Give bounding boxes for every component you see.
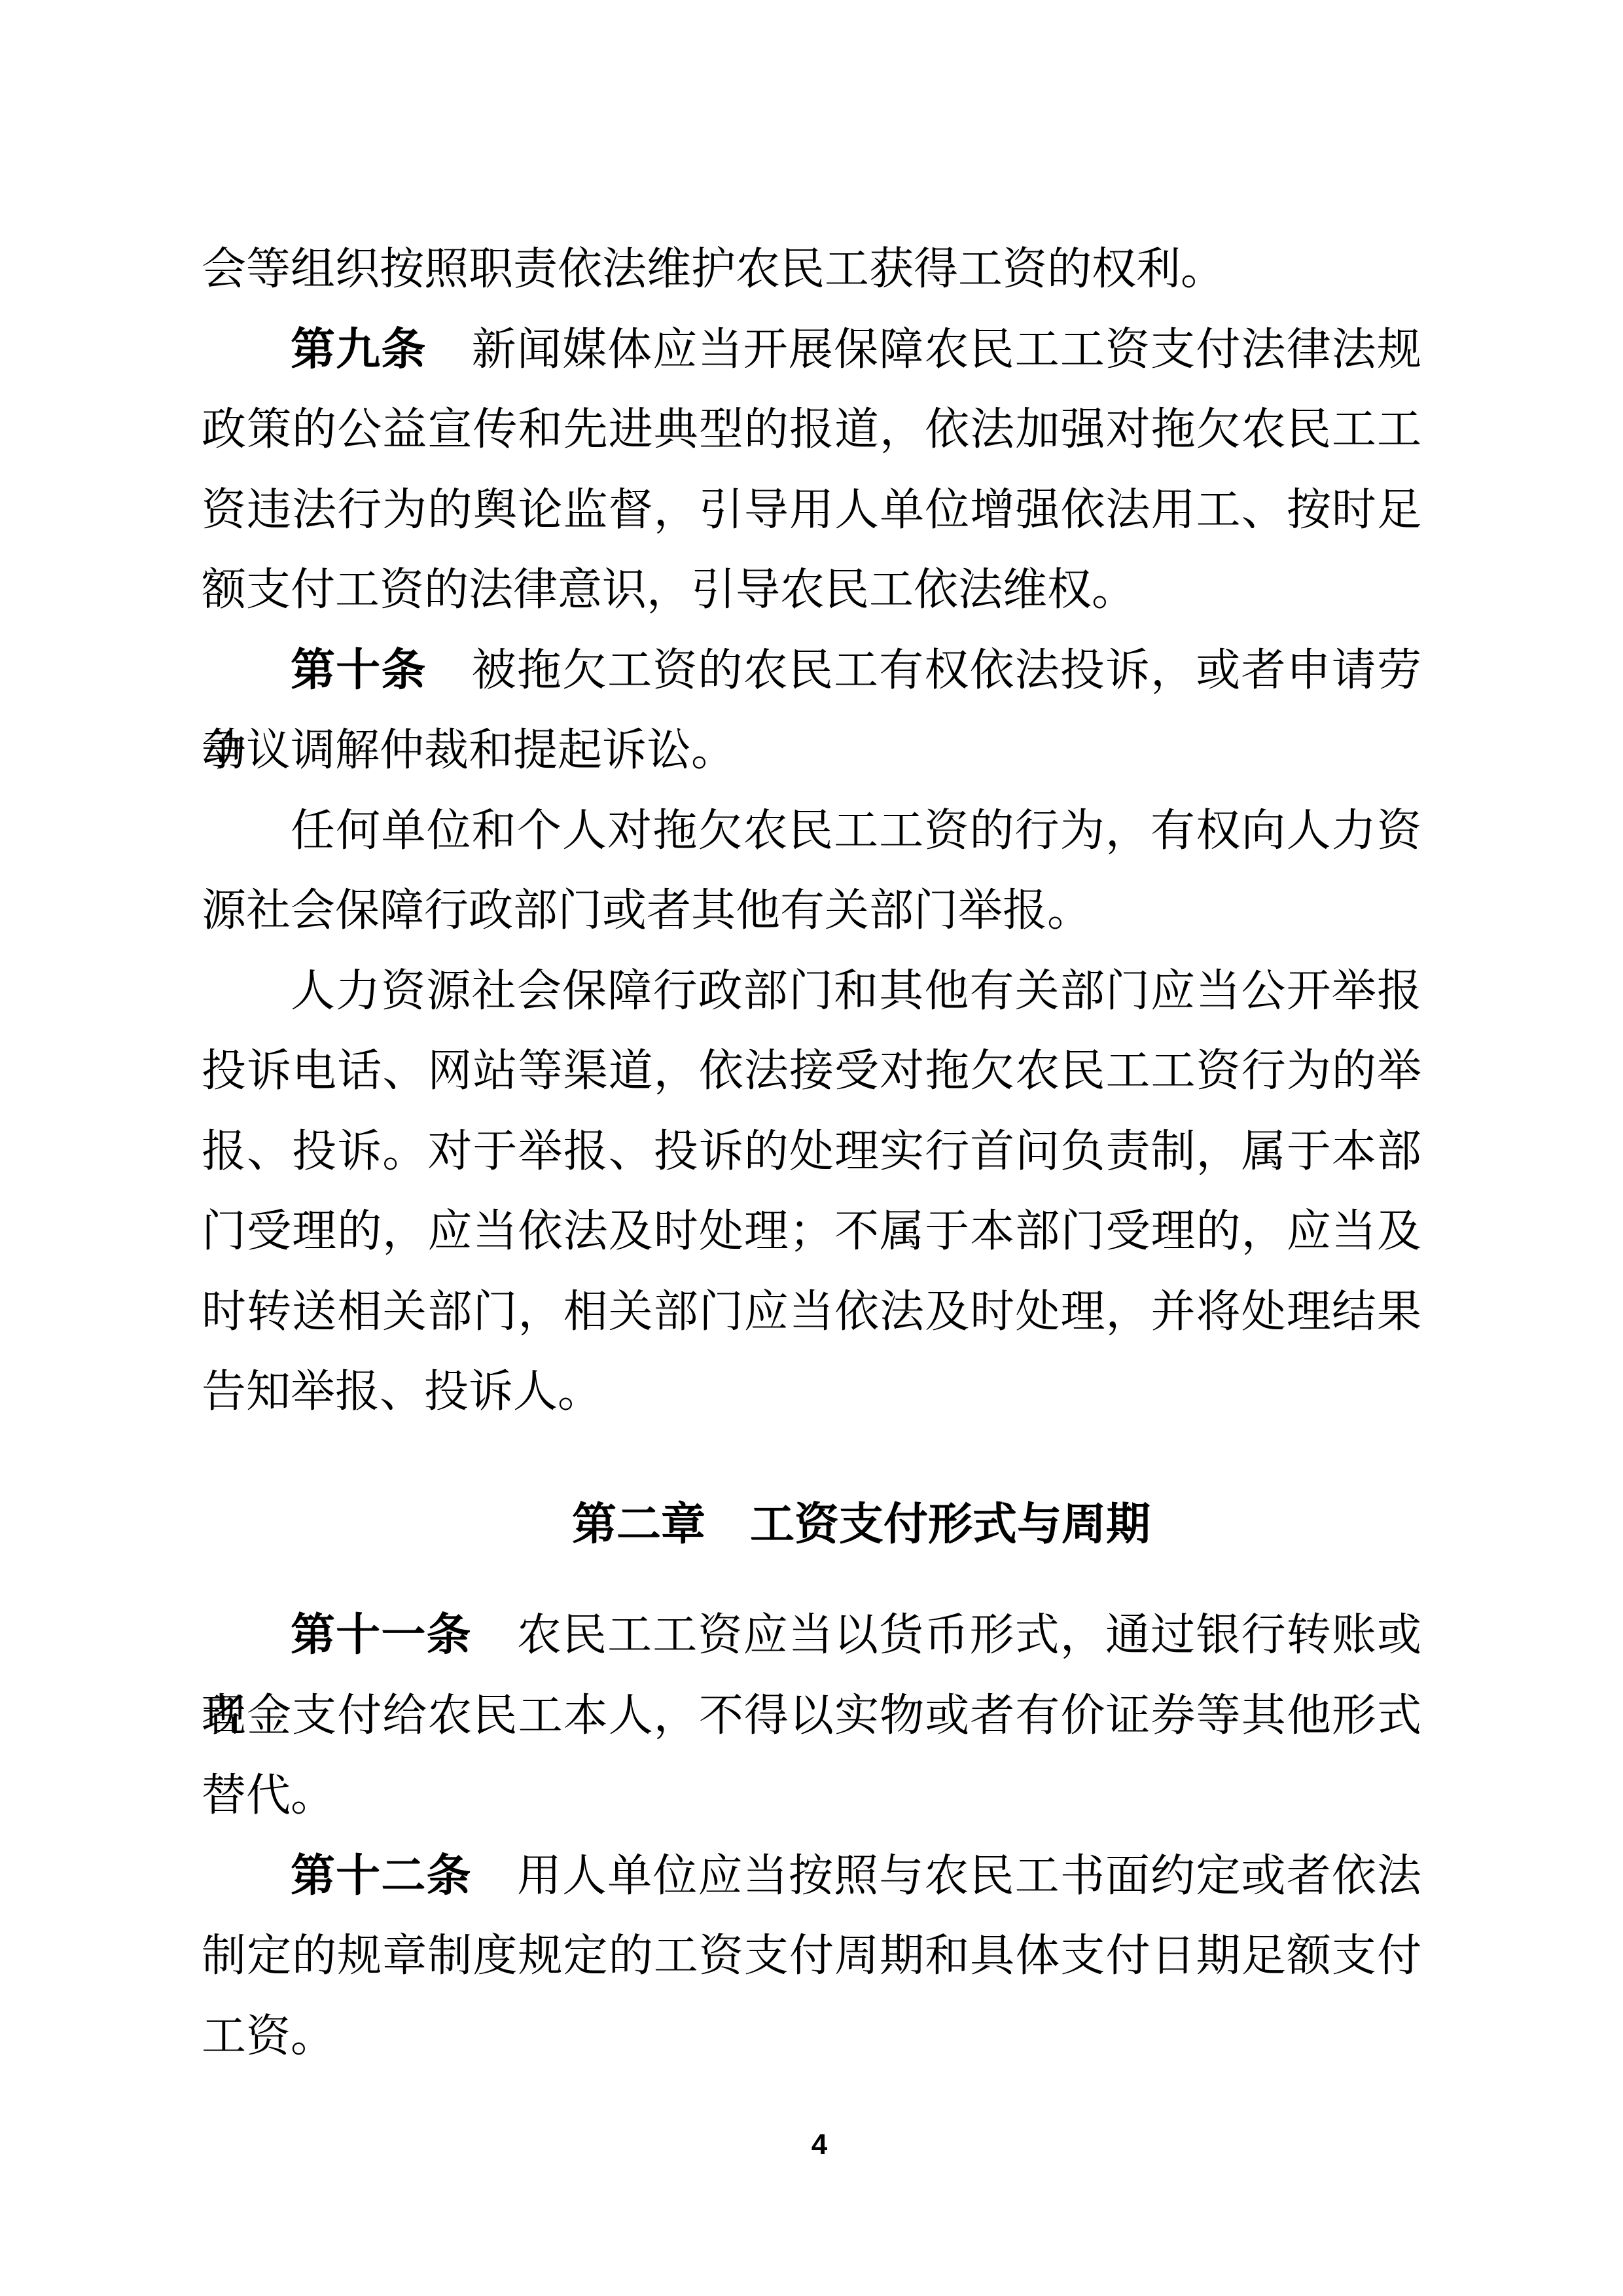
text-line: 源社会保障行政部门或者其他有关部门举报。: [202, 870, 1421, 951]
text-line: 资违法行为的舆论监督，引导用人单位增强依法用工、按时足: [202, 470, 1421, 550]
text-line: 工资。: [202, 1996, 1421, 2077]
line-text: 替代。: [202, 1770, 335, 1820]
document-page: 会等组织按照职责依法维护农民工获得工资的权利。第九条 新闻媒体应当开展保障农民工…: [0, 0, 1623, 2296]
line-text: 告知举报、投诉人。: [202, 1367, 602, 1416]
document-body: 会等组织按照职责依法维护农民工获得工资的权利。第九条 新闻媒体应当开展保障农民工…: [202, 229, 1421, 2076]
text-line: 制定的规章制度规定的工资支付周期和具体支付日期足额支付: [202, 1916, 1421, 1996]
page-number: 4: [8, 2128, 1623, 2161]
text-line: 报、投诉。对于举报、投诉的处理实行首问负责制，属于本部: [202, 1111, 1421, 1192]
text-line: 争议调解仲裁和提起诉讼。: [202, 710, 1421, 791]
line-text: 会等组织按照职责依法维护农民工获得工资的权利。: [202, 244, 1225, 294]
line-text: 时转送相关部门，相关部门应当依法及时处理，并将处理结果: [202, 1287, 1421, 1336]
text-line: 投诉电话、网站等渠道，依法接受对拖欠农民工工资行为的举: [202, 1031, 1421, 1111]
line-text: 任何单位和个人对拖欠农民工工资的行为，有权向人力资: [291, 806, 1421, 855]
line-text: 报、投诉。对于举报、投诉的处理实行首问负责制，属于本部: [202, 1126, 1421, 1176]
line-text: 额支付工资的法律意识，引导农民工依法维权。: [202, 565, 1136, 615]
section-before-chapter: 会等组织按照职责依法维护农民工获得工资的权利。第九条 新闻媒体应当开展保障农民工…: [202, 229, 1421, 1432]
line-text: 源社会保障行政部门或者其他有关部门举报。: [202, 886, 1092, 935]
text-line: 第十条 被拖欠工资的农民工有权依法投诉，或者申请劳动: [202, 630, 1421, 711]
text-line: 任何单位和个人对拖欠农民工工资的行为，有权向人力资: [202, 791, 1421, 871]
text-line: 第十一条 农民工工资应当以货币形式，通过银行转账或者: [202, 1595, 1421, 1676]
text-line: 第九条 新闻媒体应当开展保障农民工工资支付法律法规: [202, 310, 1421, 390]
line-text: 争议调解仲裁和提起诉讼。: [202, 725, 736, 775]
line-text: 制定的规章制度规定的工资支付周期和具体支付日期足额支付: [202, 1931, 1421, 1981]
text-line: 政策的公益宣传和先进典型的报道，依法加强对拖欠农民工工: [202, 389, 1421, 470]
line-text: 资违法行为的舆论监督，引导用人单位增强依法用工、按时足: [202, 485, 1421, 535]
text-line: 门受理的，应当依法及时处理；不属于本部门受理的，应当及: [202, 1191, 1421, 1272]
text-line: 第十二条 用人单位应当按照与农民工书面约定或者依法: [202, 1836, 1421, 1916]
line-text: 现金支付给农民工本人，不得以实物或者有价证券等其他形式: [202, 1691, 1421, 1740]
text-line: 现金支付给农民工本人，不得以实物或者有价证券等其他形式: [202, 1676, 1421, 1756]
article-number: 第九条: [291, 325, 427, 374]
line-text: 用人单位应当按照与农民工书面约定或者依法: [472, 1851, 1421, 1901]
line-text: 工资。: [202, 2011, 335, 2061]
line-text: 人力资源社会保障行政部门和其他有关部门应当公开举报: [291, 966, 1421, 1016]
text-line: 告知举报、投诉人。: [202, 1352, 1421, 1432]
text-line: 替代。: [202, 1755, 1421, 1836]
text-line: 会等组织按照职责依法维护农民工获得工资的权利。: [202, 229, 1421, 310]
line-text: 投诉电话、网站等渠道，依法接受对拖欠农民工工资行为的举: [202, 1046, 1421, 1096]
line-text: 政策的公益宣传和先进典型的报道，依法加强对拖欠农民工工: [202, 404, 1421, 454]
article-number: 第十条: [291, 645, 427, 695]
line-text: 新闻媒体应当开展保障农民工工资支付法律法规: [427, 325, 1421, 374]
chapter-heading: 第二章 工资支付形式与周期: [202, 1484, 1421, 1565]
section-after-chapter: 第十一条 农民工工资应当以货币形式，通过银行转账或者现金支付给农民工本人，不得以…: [202, 1595, 1421, 2076]
article-number: 第十二条: [291, 1851, 472, 1901]
text-line: 时转送相关部门，相关部门应当依法及时处理，并将处理结果: [202, 1272, 1421, 1352]
text-line: 额支付工资的法律意识，引导农民工依法维权。: [202, 550, 1421, 630]
text-line: 人力资源社会保障行政部门和其他有关部门应当公开举报: [202, 951, 1421, 1031]
line-text: 门受理的，应当依法及时处理；不属于本部门受理的，应当及: [202, 1206, 1421, 1256]
article-number: 第十一条: [291, 1610, 472, 1660]
